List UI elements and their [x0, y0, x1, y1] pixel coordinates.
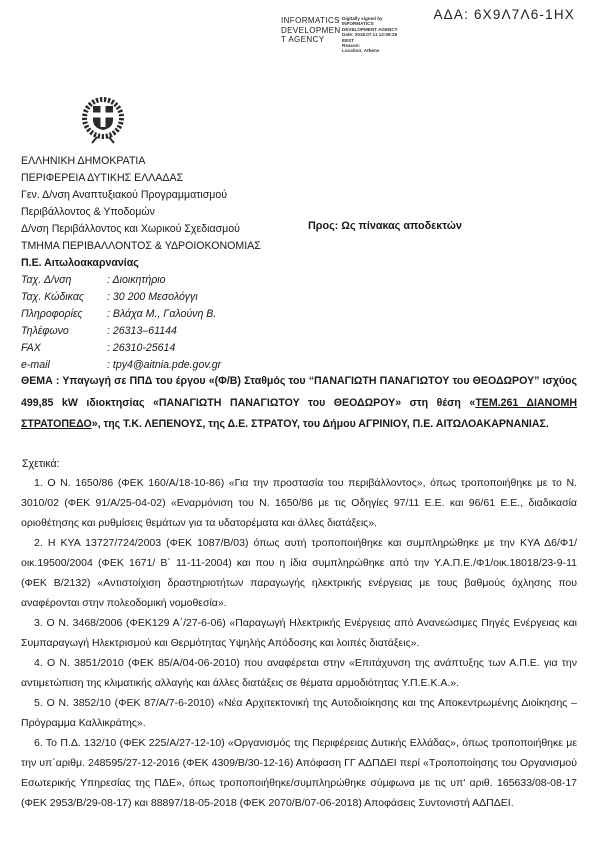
related-heading: Σχετικά: [22, 457, 577, 471]
related-item-text: Η ΚΥΑ 13727/724/2003 (ΦΕΚ 1087/Β/03) όπω… [21, 537, 577, 609]
related-item-number: 4. [34, 657, 43, 669]
subject-paragraph: ΘΕΜΑ : Υπαγωγή σε ΠΠΔ του έργου «(Φ/Β) Σ… [21, 371, 577, 436]
digital-signature-stamp: INFORMATICS DEVELOPMEN T AGENCY Digitall… [281, 16, 398, 54]
related-item-text: Το Π.Δ. 132/10 (ΦΕΚ 225/Α/27-12-10) «Οργ… [21, 737, 577, 809]
signature-detail-line: Location: Athens [342, 48, 398, 53]
contact-label: Ταχ. Κώδικας [21, 289, 107, 306]
contact-label: FAX [21, 340, 107, 357]
letterhead-unit: Π.Ε. Αιτωλοακαρνανίας [21, 255, 306, 272]
related-item-text: Ο Ν. 1650/86 (ΦΕΚ 160/Α/18-10-86) «Για τ… [21, 477, 577, 529]
letterhead-line: ΕΛΛΗΝΙΚΗ ΔΗΜΟΚΡΑΤΙΑ [21, 153, 306, 170]
signature-agency-name: INFORMATICS DEVELOPMEN T AGENCY [281, 16, 337, 45]
document-body: ΘΕΜΑ : Υπαγωγή σε ΠΠΔ του έργου «(Φ/Β) Σ… [21, 371, 577, 813]
letterhead-line: Δ/νση Περιβάλλοντος και Χωρικού Σχεδιασμ… [21, 221, 306, 238]
contact-row-address: Ταχ. Δ/νση : Διοικητήριο [21, 272, 306, 289]
contact-value: : 26310-25614 [107, 340, 175, 357]
signature-detail-line: Date: 2018.07.11 12:08:26 [342, 32, 398, 37]
signature-agency-line: INFORMATICS [281, 16, 337, 26]
letterhead-line: ΠΕΡΙΦΕΡΕΙΑ ΔΥΤΙΚΗΣ ΕΛΛΑΔΑΣ [21, 170, 306, 187]
subject-text: », της Τ.Κ. ΛΕΠΕΝΟΥΣ, της Δ.Ε. ΣΤΡΑΤΟΥ, … [92, 418, 549, 430]
letterhead-line: Περιβάλλοντος & Υποδομών [21, 204, 306, 221]
related-item-number: 2. [34, 537, 43, 549]
signature-agency-line: DEVELOPMEN [281, 26, 337, 36]
letterhead-line: ΤΜΗΜΑ ΠΕΡΙΒΑΛΛΟΝΤΟΣ & ΥΔΡΟΙΟΚΟΝΟΜΙΑΣ [21, 238, 306, 255]
related-item-1: 1. Ο Ν. 1650/86 (ΦΕΚ 160/Α/18-10-86) «Γι… [21, 473, 577, 533]
letterhead: ΕΛΛΗΝΙΚΗ ΔΗΜΟΚΡΑΤΙΑ ΠΕΡΙΦΕΡΕΙΑ ΔΥΤΙΚΗΣ Ε… [21, 153, 306, 374]
contact-label: Ταχ. Δ/νση [21, 272, 107, 289]
greek-coat-of-arms-icon [80, 95, 126, 150]
signature-details: Digitally signed by INFORMATICS DEVELOPM… [342, 16, 398, 54]
letterhead-line: Γεν. Δ/νση Αναπτυξιακού Προγραμματισμού [21, 187, 306, 204]
related-item-text: Ο Ν. 3852/10 (ΦΕΚ 87/Α/7-6-2010) «Νέα Αρ… [21, 697, 577, 729]
document-page: ΑΔΑ: 6Χ9Λ7Λ6-1ΗΧ INFORMATICS DEVELOPMEN … [0, 0, 595, 842]
related-item-text: Ο Ν. 3468/2006 (ΦΕΚ129 Α΄/27-6-06) «Παρα… [21, 617, 577, 649]
contact-row-info: Πληροφορίες : Βλάχα Μ., Γαλούνη Β. [21, 306, 306, 323]
related-item-2: 2. Η ΚΥΑ 13727/724/2003 (ΦΕΚ 1087/Β/03) … [21, 533, 577, 613]
contact-value: : 26313–61144 [107, 323, 177, 340]
related-item-number: 3. [34, 617, 43, 629]
related-item-5: 5. Ο Ν. 3852/10 (ΦΕΚ 87/Α/7-6-2010) «Νέα… [21, 693, 577, 733]
related-item-6: 6. Το Π.Δ. 132/10 (ΦΕΚ 225/Α/27-12-10) «… [21, 733, 577, 813]
recipient-line: Προς: Ως πίνακας αποδεκτών [308, 220, 462, 232]
related-item-4: 4. Ο Ν. 3851/2010 (ΦΕΚ 85/Α/04-06-2010) … [21, 653, 577, 693]
related-item-number: 6. [34, 737, 43, 749]
contact-row-fax: FAX : 26310-25614 [21, 340, 306, 357]
related-item-3: 3. Ο Ν. 3468/2006 (ΦΕΚ129 Α΄/27-6-06) «Π… [21, 613, 577, 653]
ada-code: ΑΔΑ: 6Χ9Λ7Λ6-1ΗΧ [433, 7, 575, 22]
related-item-number: 5. [34, 697, 43, 709]
contact-value: : Βλάχα Μ., Γαλούνη Β. [107, 306, 216, 323]
contact-row-phone: Τηλέφωνο : 26313–61144 [21, 323, 306, 340]
related-item-number: 1. [34, 477, 43, 489]
contact-value: : 30 200 Μεσολόγγι [107, 289, 198, 306]
contact-label: Πληροφορίες [21, 306, 107, 323]
contact-value: : Διοικητήριο [107, 272, 166, 289]
contact-block: Ταχ. Δ/νση : Διοικητήριο Ταχ. Κώδικας : … [21, 272, 306, 374]
signature-agency-line: T AGENCY [281, 35, 337, 45]
contact-row-postal-code: Ταχ. Κώδικας : 30 200 Μεσολόγγι [21, 289, 306, 306]
related-item-text: Ο Ν. 3851/2010 (ΦΕΚ 85/Α/04-06-2010) που… [21, 657, 577, 689]
contact-label: Τηλέφωνο [21, 323, 107, 340]
